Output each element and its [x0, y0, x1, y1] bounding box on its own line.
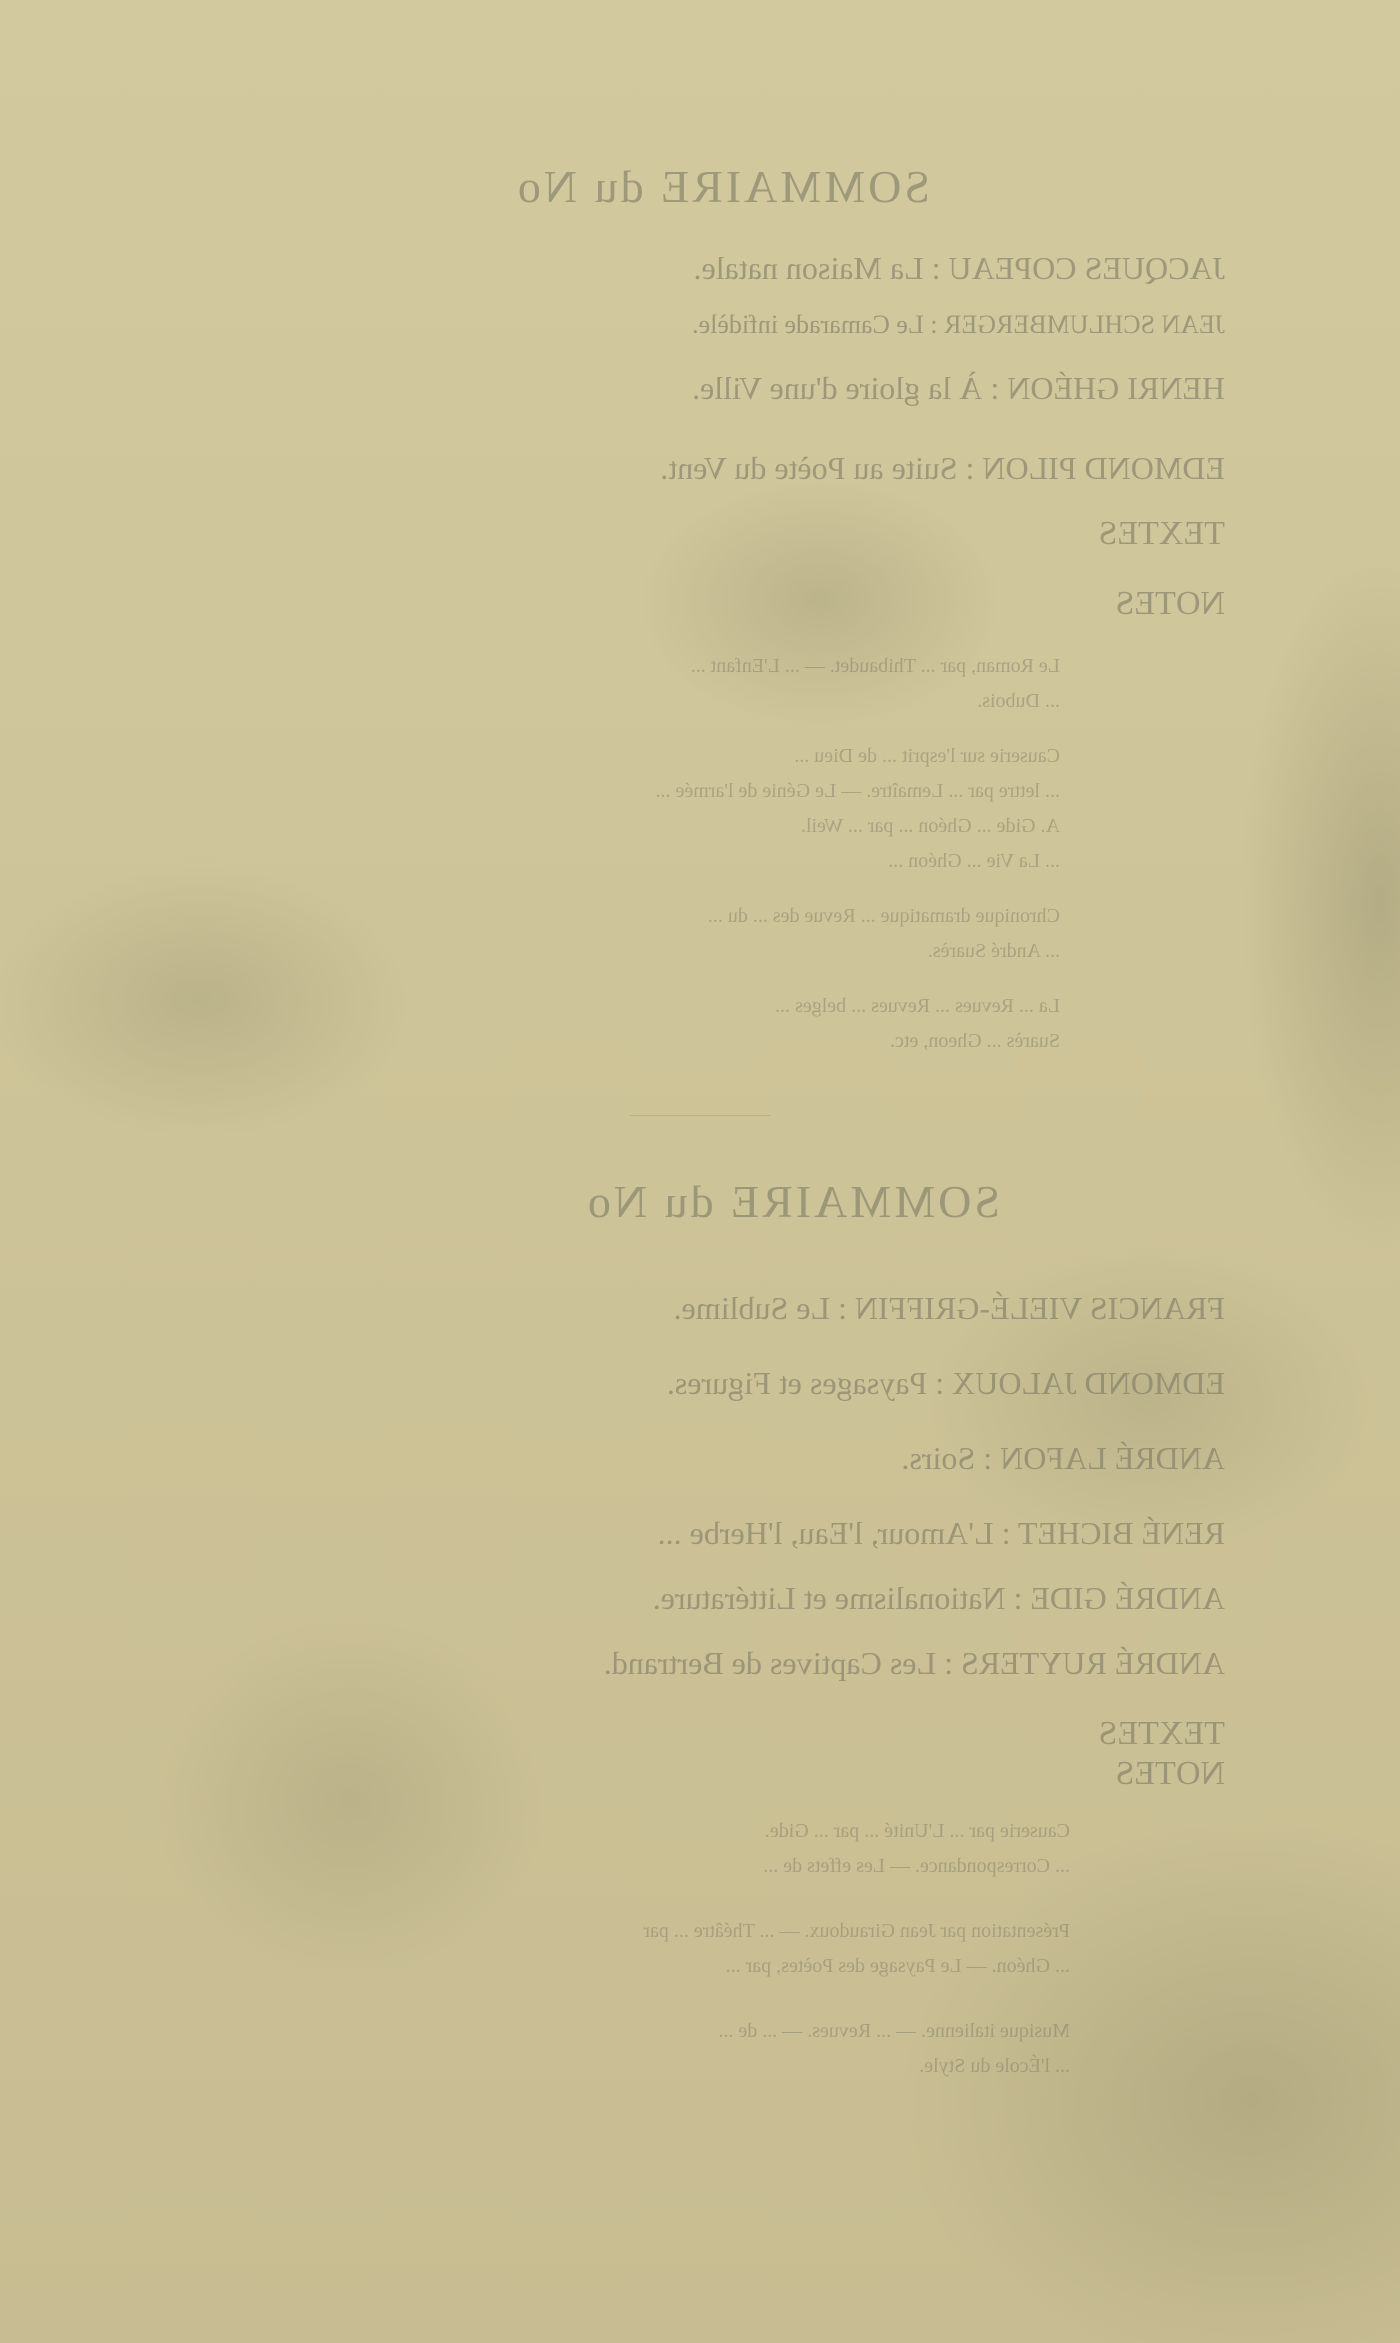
toc-top-note: ... Dubois.: [977, 690, 1060, 713]
toc-bottom-note: ... Correspondance. — Les effets de ...: [763, 1855, 1070, 1878]
toc-bottom-entry: FRANCIS VIELÉ-GRIFFIN : Le Sublime.: [674, 1290, 1225, 1327]
toc-top-note: ... André Suarès.: [928, 940, 1060, 963]
toc-top-note: Causerie sur l'esprit ... de Dieu ...: [794, 745, 1060, 768]
toc-top-note: ... lettre par ... Lemaître. — Le Génie …: [655, 780, 1060, 803]
toc-bottom-entry: ANDRÉ LAFON : Soirs.: [901, 1440, 1225, 1477]
toc-bottom-entry: EDMOND JALOUX : Paysages et Figures.: [667, 1365, 1225, 1402]
toc-top-entry: HENRI GHÉON : À la gloire d'une Ville.: [692, 370, 1225, 407]
toc-top-entry: JEAN SCHLUMBERGER : Le Camarade infidèle…: [692, 310, 1225, 340]
toc-bottom-note: ... Ghéon. — Le Paysage des Poètes, par …: [726, 1955, 1070, 1978]
toc-top-note: ... La Vie ... Ghéon ...: [888, 850, 1060, 873]
toc-top-note: La ... Revues ... Revues ... belges ...: [775, 995, 1060, 1018]
toc-top-note: A. Gide ... Ghéon ... par ... Weil.: [801, 815, 1060, 838]
toc-top-entry: EDMOND PILON : Suite au Poète du Vent.: [660, 450, 1225, 487]
toc-bottom-entry: RENÉ BICHET : L'Amour, l'Eau, l'Herbe ..…: [658, 1515, 1225, 1552]
toc-bottom-note: Causerie par ... L'Unité ... par ... Gid…: [765, 1820, 1070, 1843]
toc-top-section: NOTES: [1115, 585, 1225, 623]
toc-top-note: Suarès ... Gheon, etc.: [890, 1030, 1060, 1053]
toc-top-note: Chronique dramatique ... Revue des ... d…: [708, 905, 1060, 928]
toc-top-section: TEXTES: [1098, 515, 1225, 553]
toc-bottom-title: SOMMAIRE du No: [585, 1175, 1000, 1228]
divider: [630, 1115, 770, 1116]
toc-bottom-entry: ANDRÉ GIDE : Nationalisme et Littérature…: [653, 1580, 1225, 1617]
toc-top-entry: JACQUES COPEAU : La Maison natale.: [693, 250, 1225, 287]
toc-bottom-note: Présentation par Jean Giraudoux. — ... T…: [643, 1920, 1070, 1943]
toc-bottom-section: TEXTES: [1098, 1715, 1225, 1753]
toc-top-note: Le Roman, par ... Thibaudet. — ... L'Enf…: [691, 655, 1060, 678]
toc-bottom-note: Musique italienne. — ... Revues. — ... d…: [718, 2020, 1070, 2043]
show-through-text: SOMMAIRE du No JACQUES COPEAU : La Maiso…: [0, 0, 1400, 2343]
toc-top-title: SOMMAIRE du No: [515, 160, 930, 213]
toc-bottom-note: ... l'École du Style.: [919, 2055, 1070, 2078]
toc-bottom-entry: ANDRÉ RUYTERS : Les Captives de Bertrand…: [604, 1645, 1225, 1682]
toc-bottom-section: NOTES: [1115, 1755, 1225, 1793]
